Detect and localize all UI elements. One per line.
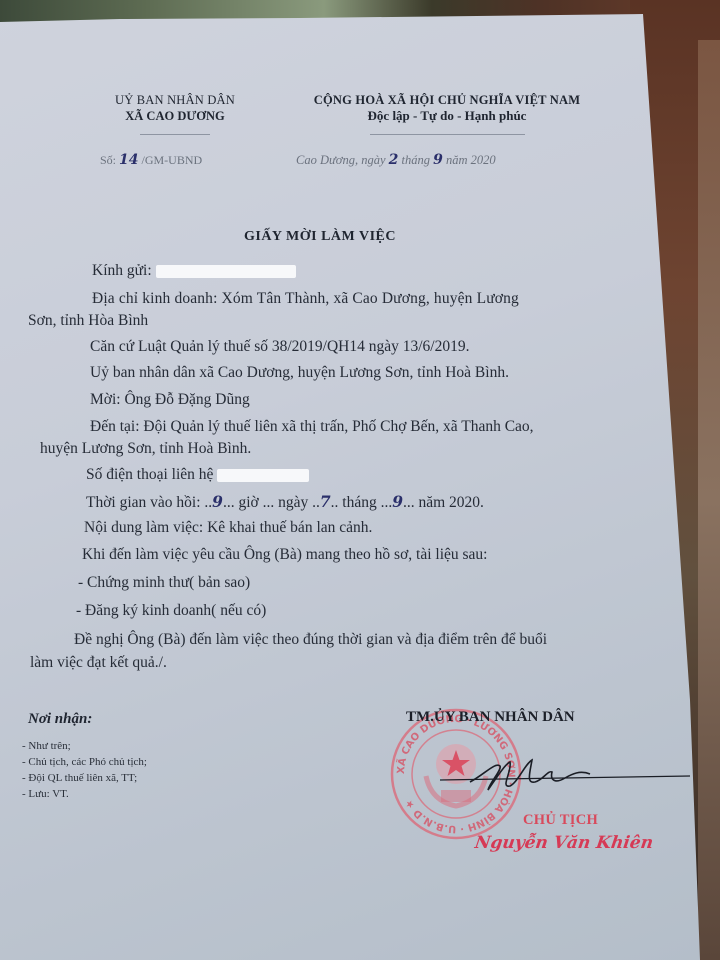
handwritten-number: 14: [119, 152, 138, 168]
handwritten-meeting-day: 7: [320, 492, 331, 511]
national-motto: Độc lập - Tự do - Hạnh phúc: [282, 108, 612, 124]
recipients-title: Nơi nhận:: [28, 711, 92, 728]
recipient-item-4: - Lưu: VT.: [22, 788, 69, 800]
closing-line1: Đề nghị Ông (Bà) đến làm việc theo đúng …: [74, 631, 547, 649]
handwritten-meeting-month: 9: [392, 492, 403, 511]
documents-intro: Khi đến làm việc yêu cầu Ông (Bà) mang t…: [82, 546, 488, 564]
issuing-authority: UỶ BAN NHÂN DÂN XÃ CAO DƯƠNG: [80, 92, 270, 124]
handwritten-signature: [440, 752, 690, 802]
signer-name: Nguyễn Văn Khiên: [474, 833, 655, 853]
meeting-time-line: Thời gian vào hồi: ..9... giờ ... ngày .…: [86, 492, 484, 512]
document-paper: UỶ BAN NHÂN DÂN XÃ CAO DƯƠNG CỘNG HOÀ XÃ…: [0, 0, 720, 960]
redacted-recipient: [156, 265, 296, 278]
location-line2: huyện Lương Sơn, tỉnh Hoà Bình.: [40, 440, 251, 458]
recipient-line: Kính gửi:: [92, 262, 296, 280]
handwritten-hour: 9: [212, 492, 223, 511]
legal-basis: Căn cứ Luật Quản lý thuế số 38/2019/QH14…: [90, 338, 470, 356]
location-line1: Đến tại: Đội Quản lý thuế liên xã thị tr…: [90, 418, 534, 436]
document-item-1: - Chứng minh thư( bản sao): [78, 574, 250, 592]
authority-line2: XÃ CAO DƯƠNG: [80, 108, 270, 124]
redacted-phone: [217, 469, 309, 482]
authority-line1: UỶ BAN NHÂN DÂN: [80, 92, 270, 108]
document-number: Số: 14 /GM-UBND: [100, 152, 202, 168]
document-date: Cao Dương, ngày 2 tháng 9 năm 2020: [296, 152, 496, 168]
issuer-line: Uỷ ban nhân dân xã Cao Dương, huyện Lươn…: [90, 364, 509, 382]
document-title: GIẤY MỜI LÀM VIỆC: [0, 229, 640, 245]
document-item-2: - Đăng ký kinh doanh( nếu có): [76, 602, 266, 620]
recipient-item-3: - Đội QL thuế liên xã, TT;: [22, 772, 137, 784]
recipient-item-2: - Chủ tịch, các Phó chủ tịch;: [22, 756, 147, 768]
phone-line: Số điện thoại liên hệ: [86, 466, 309, 484]
handwritten-day: 2: [389, 152, 399, 168]
authority-underline: [140, 134, 210, 135]
handwritten-month: 9: [433, 152, 443, 168]
invitee-line: Mời: Ông Đỗ Đặng Dũng: [90, 391, 250, 409]
signing-authority: TM.ỦY BAN NHÂN DÂN: [406, 709, 575, 726]
business-address-line2: Sơn, tỉnh Hòa Bình: [28, 312, 148, 330]
nation-name: CỘNG HOÀ XÃ HỘI CHỦ NGHĨA VIỆT NAM: [282, 92, 612, 108]
motto-underline: [370, 134, 525, 135]
recipient-item-1: - Như trên;: [22, 740, 71, 752]
meeting-content: Nội dung làm việc: Kê khai thuế bán lan …: [84, 519, 372, 537]
signer-title: CHỦ TỊCH: [523, 812, 598, 829]
closing-line2: làm việc đạt kết quả./.: [30, 654, 167, 672]
background-wood-edge: [698, 40, 720, 960]
business-address-line1: Địa chỉ kinh doanh: Xóm Tân Thành, xã Ca…: [92, 290, 519, 308]
national-heading: CỘNG HOÀ XÃ HỘI CHỦ NGHĨA VIỆT NAM Độc l…: [282, 92, 612, 124]
